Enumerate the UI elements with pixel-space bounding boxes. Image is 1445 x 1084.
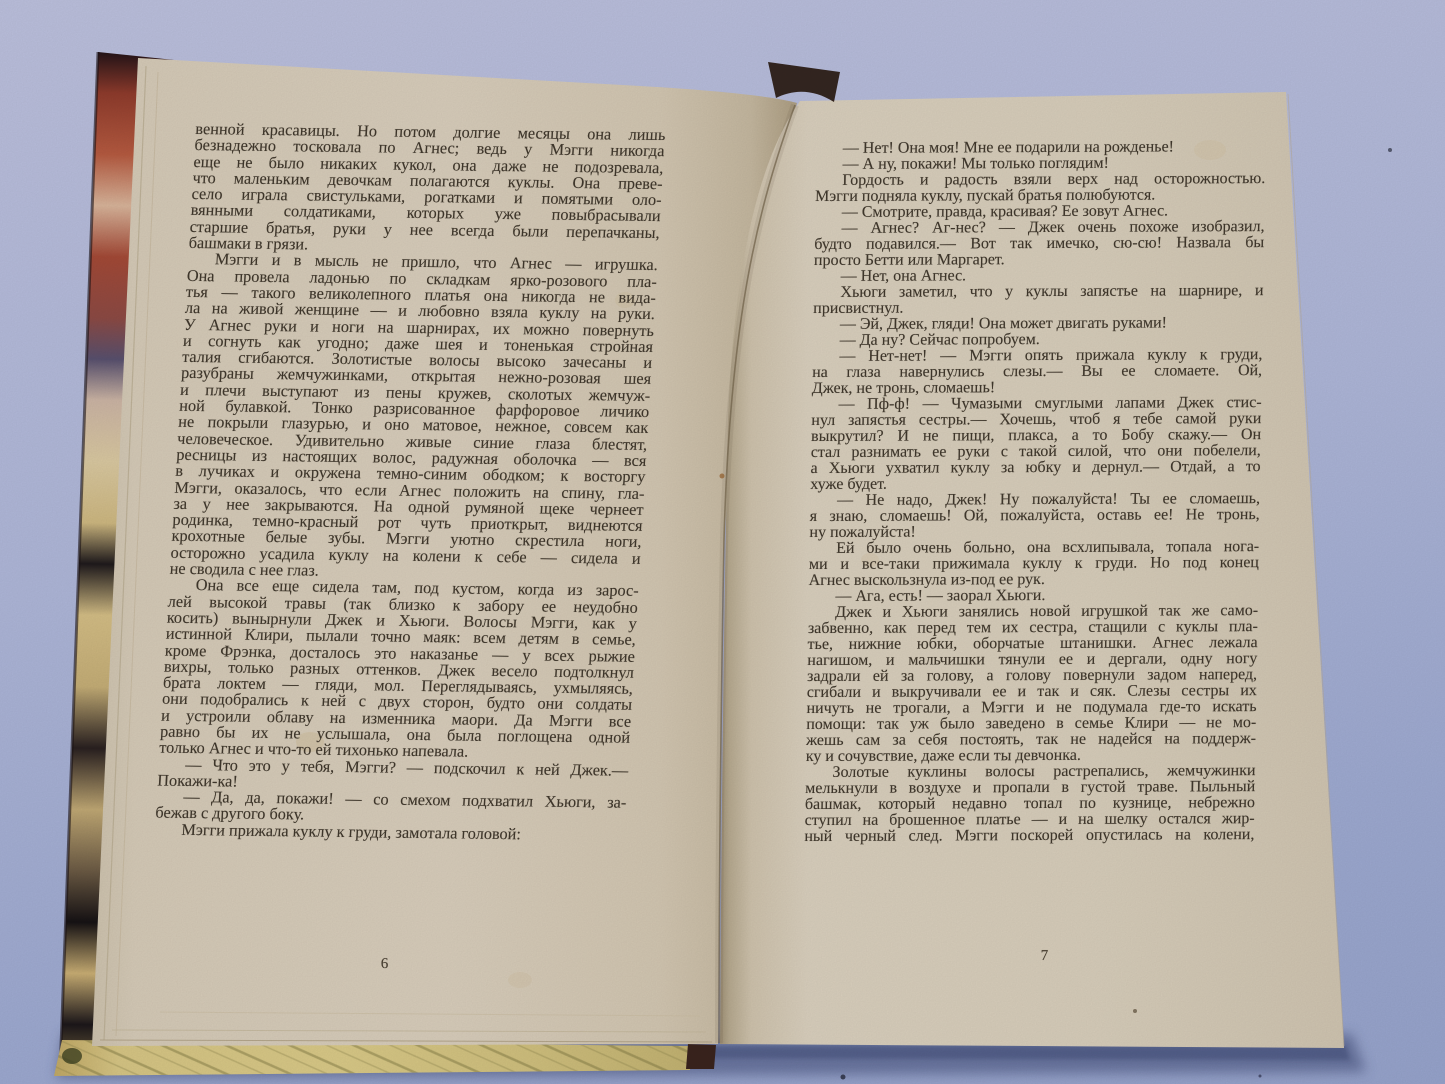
text-line: Мэгги подняла куклу, пускай братья полюб…	[815, 186, 1265, 204]
photo-canvas: венной красавицы. Но потом долгие месяцы…	[0, 0, 1445, 1084]
text-line: просто Бетти или Маргарет.	[814, 250, 1264, 268]
text-line: ку и сочувствие, даже если ты девчонка.	[806, 746, 1256, 764]
text-line: башмак, который недавно топал по кузнице…	[805, 794, 1255, 812]
text-line: присвистнул.	[813, 298, 1263, 316]
text-line: — Агнес? Аг-нес? — Джек очень похоже изо…	[814, 218, 1264, 236]
text-line: — Нет! Она моя! Мне ее подарили на рожде…	[816, 138, 1266, 156]
text-line: мелькнули в воздухе и пропали в густой т…	[805, 778, 1255, 796]
text-line: — А ну, покажи! Мы только поглядим!	[815, 154, 1265, 172]
text-line: хуже будет.	[810, 474, 1260, 492]
text-line: нул запястья сестры.— Хочешь, чтоб я теб…	[811, 410, 1261, 428]
text-line: выкрутил? И не пищи, плакса, а то Бобу с…	[811, 426, 1261, 444]
text-line: ну пожалуйста!	[809, 522, 1259, 540]
text-line: Джек, не тронь, сломаешь!	[812, 378, 1262, 396]
text-line: ный черный след. Мэгги поскорей опустила…	[804, 826, 1254, 844]
text-line: Хьюги заметил, что у куклы запястье на ш…	[813, 282, 1263, 300]
text-line: тье, нижние юбки, оборчатые штанишки. Аг…	[808, 634, 1258, 652]
text-line: — Пф-ф! — Чумазыми смуглыми лапами Джек …	[811, 394, 1261, 412]
text-line: — Да ну? Сейчас попробуем.	[813, 330, 1263, 348]
text-line: Золотые куклины волосы растрепались, жем…	[805, 762, 1255, 780]
text-line: ничуть не трогали, а Мэгги и не подумала…	[806, 698, 1256, 716]
text-line: ми и все-таки прижимала куклу к груди. Н…	[809, 554, 1259, 572]
text-line: — Ага, есть! — заорал Хьюги.	[808, 586, 1258, 604]
text-line: — Не надо, Джек! Ну пожалуйста! Ты ее сл…	[810, 490, 1260, 508]
text-line: Джек и Хьюги занялись новой игрушкой так…	[808, 602, 1258, 620]
page-number-right: 7	[810, 947, 1280, 966]
text-line: стал разнимать ее руки с такой силой, чт…	[811, 442, 1261, 460]
text-line: сгибали и выкручивали ее и так и сяк. Сл…	[807, 682, 1257, 700]
text-line: Ей было очень больно, она всхлипывала, т…	[809, 538, 1259, 556]
text-line: а Хьюги ухватил куклу за юбку и дернул.—…	[810, 458, 1260, 476]
text-line: — Нет, она Агнес.	[814, 266, 1264, 284]
text-line: Гордость и радость взяли верх над осторо…	[815, 170, 1265, 188]
text-line: ступил на брошенное платье — и на шелку …	[805, 810, 1255, 828]
text-line: нагишом, и мальчишки тянули ее и дергали…	[807, 650, 1257, 668]
text-line: жешь сам за себя постоять, так не надейс…	[806, 730, 1256, 748]
text-line: я знаю, сломаешь! Ой, пожалуйста, оставь…	[810, 506, 1260, 524]
text-line: помощи: так уж было заведено в семье Кли…	[806, 714, 1256, 732]
text-line: — Нет-нет! — Мэгги опять прижала куклу к…	[812, 346, 1262, 364]
text-line: — Эй, Джек, гляди! Она может двигать рук…	[813, 314, 1263, 332]
text-line: будто подавился.— Вот так имечко, сю-сю!…	[814, 234, 1264, 252]
text-line: на глаза навернулись слезы.— Вы ее слома…	[812, 362, 1262, 380]
left-page-text: венной красавицы. Но потом долгие месяцы…	[154, 120, 666, 843]
text-line: забвенно, как перед тем их сестра, стащи…	[808, 618, 1258, 636]
right-page-text: — Нет! Она моя! Мне ее подарили на рожде…	[804, 138, 1266, 844]
text-line: — Смотрите, правда, красивая? Ее зовут А…	[815, 202, 1265, 220]
text-line: задрали ей за голову, а голову повернули…	[807, 666, 1257, 684]
text-line: Агнес выскользнула из-под ее рук.	[809, 570, 1259, 588]
